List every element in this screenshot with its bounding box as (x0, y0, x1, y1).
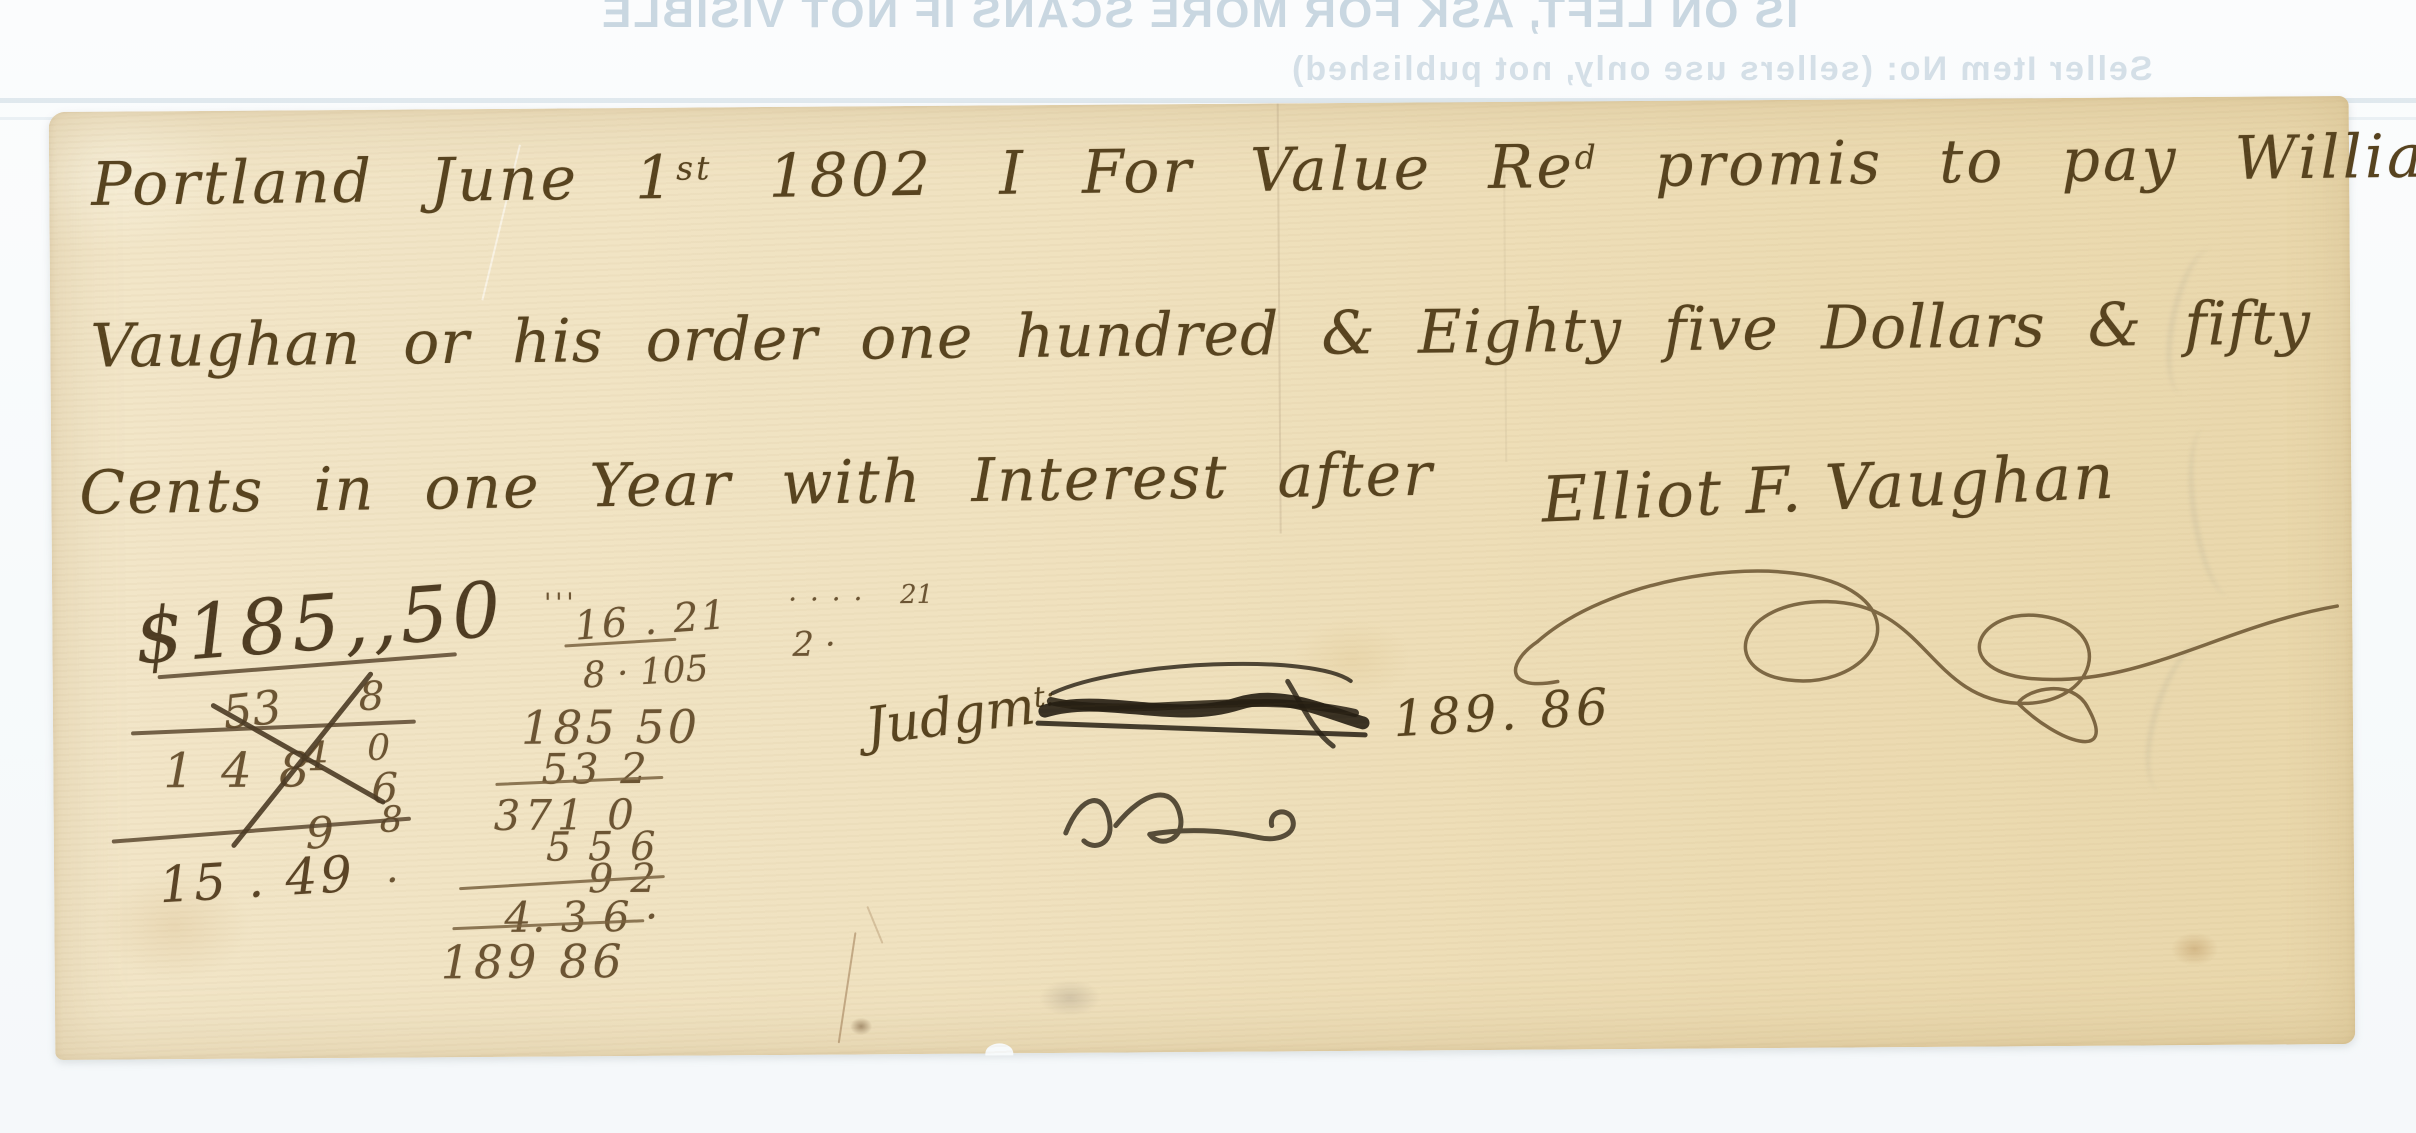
initials-scribble (1053, 769, 1324, 871)
paper-crack-branch (866, 906, 883, 944)
note-line-3: Cents in one Year with Interest after (79, 440, 1434, 529)
torn-edge-notch (985, 1043, 1013, 1055)
amount-row2-right: 0 (367, 728, 390, 769)
note-promise-clause: I For Value Red promis to pay William (999, 121, 2416, 209)
signature-flourish (1497, 536, 2379, 782)
received-abbrev-superscript: d (1574, 137, 1599, 176)
note-line-2: Vaughan or his order one hundred & Eight… (90, 288, 2311, 381)
amount-total: 15 . 49 (158, 845, 357, 915)
margin-mark-21: 21 (900, 580, 933, 610)
note-place-date: Portland June 1st 1802 (91, 140, 934, 220)
backing-sheet-text-seller: Seller Item No: (sellers use only, not p… (1290, 50, 2153, 89)
stray-dot: · (386, 858, 399, 904)
ink-rule (112, 817, 411, 844)
judgment-label: Judgmt: (862, 674, 1059, 758)
calc-total: 189 86 (440, 934, 625, 989)
signature: Elliot F. Vaughan (1540, 440, 2117, 537)
date-ordinal-superscript: st (676, 148, 713, 187)
backing-sheet-text-top: IS ON LEFT, ASK FOR MORE SCANS IF NOT VI… (600, 0, 1798, 38)
scanned-document-page: IS ON LEFT, ASK FOR MORE SCANS IF NOT VI… (0, 0, 2416, 1133)
calc-row-4: 53 2 (541, 744, 651, 794)
struck-out-figure-scribble (1033, 651, 1374, 773)
margin-mark-2: 2 · (792, 625, 836, 665)
paper-crack (838, 932, 857, 1043)
margin-dots: · · · · (788, 582, 865, 616)
calc-row-2: 8 · 105 (582, 648, 710, 696)
promissory-note-paper: Portland June 1st 1802 I For Value Red p… (49, 96, 2356, 1060)
note-line-1: Portland June 1st 1802 I For Value Red p… (91, 121, 2416, 220)
